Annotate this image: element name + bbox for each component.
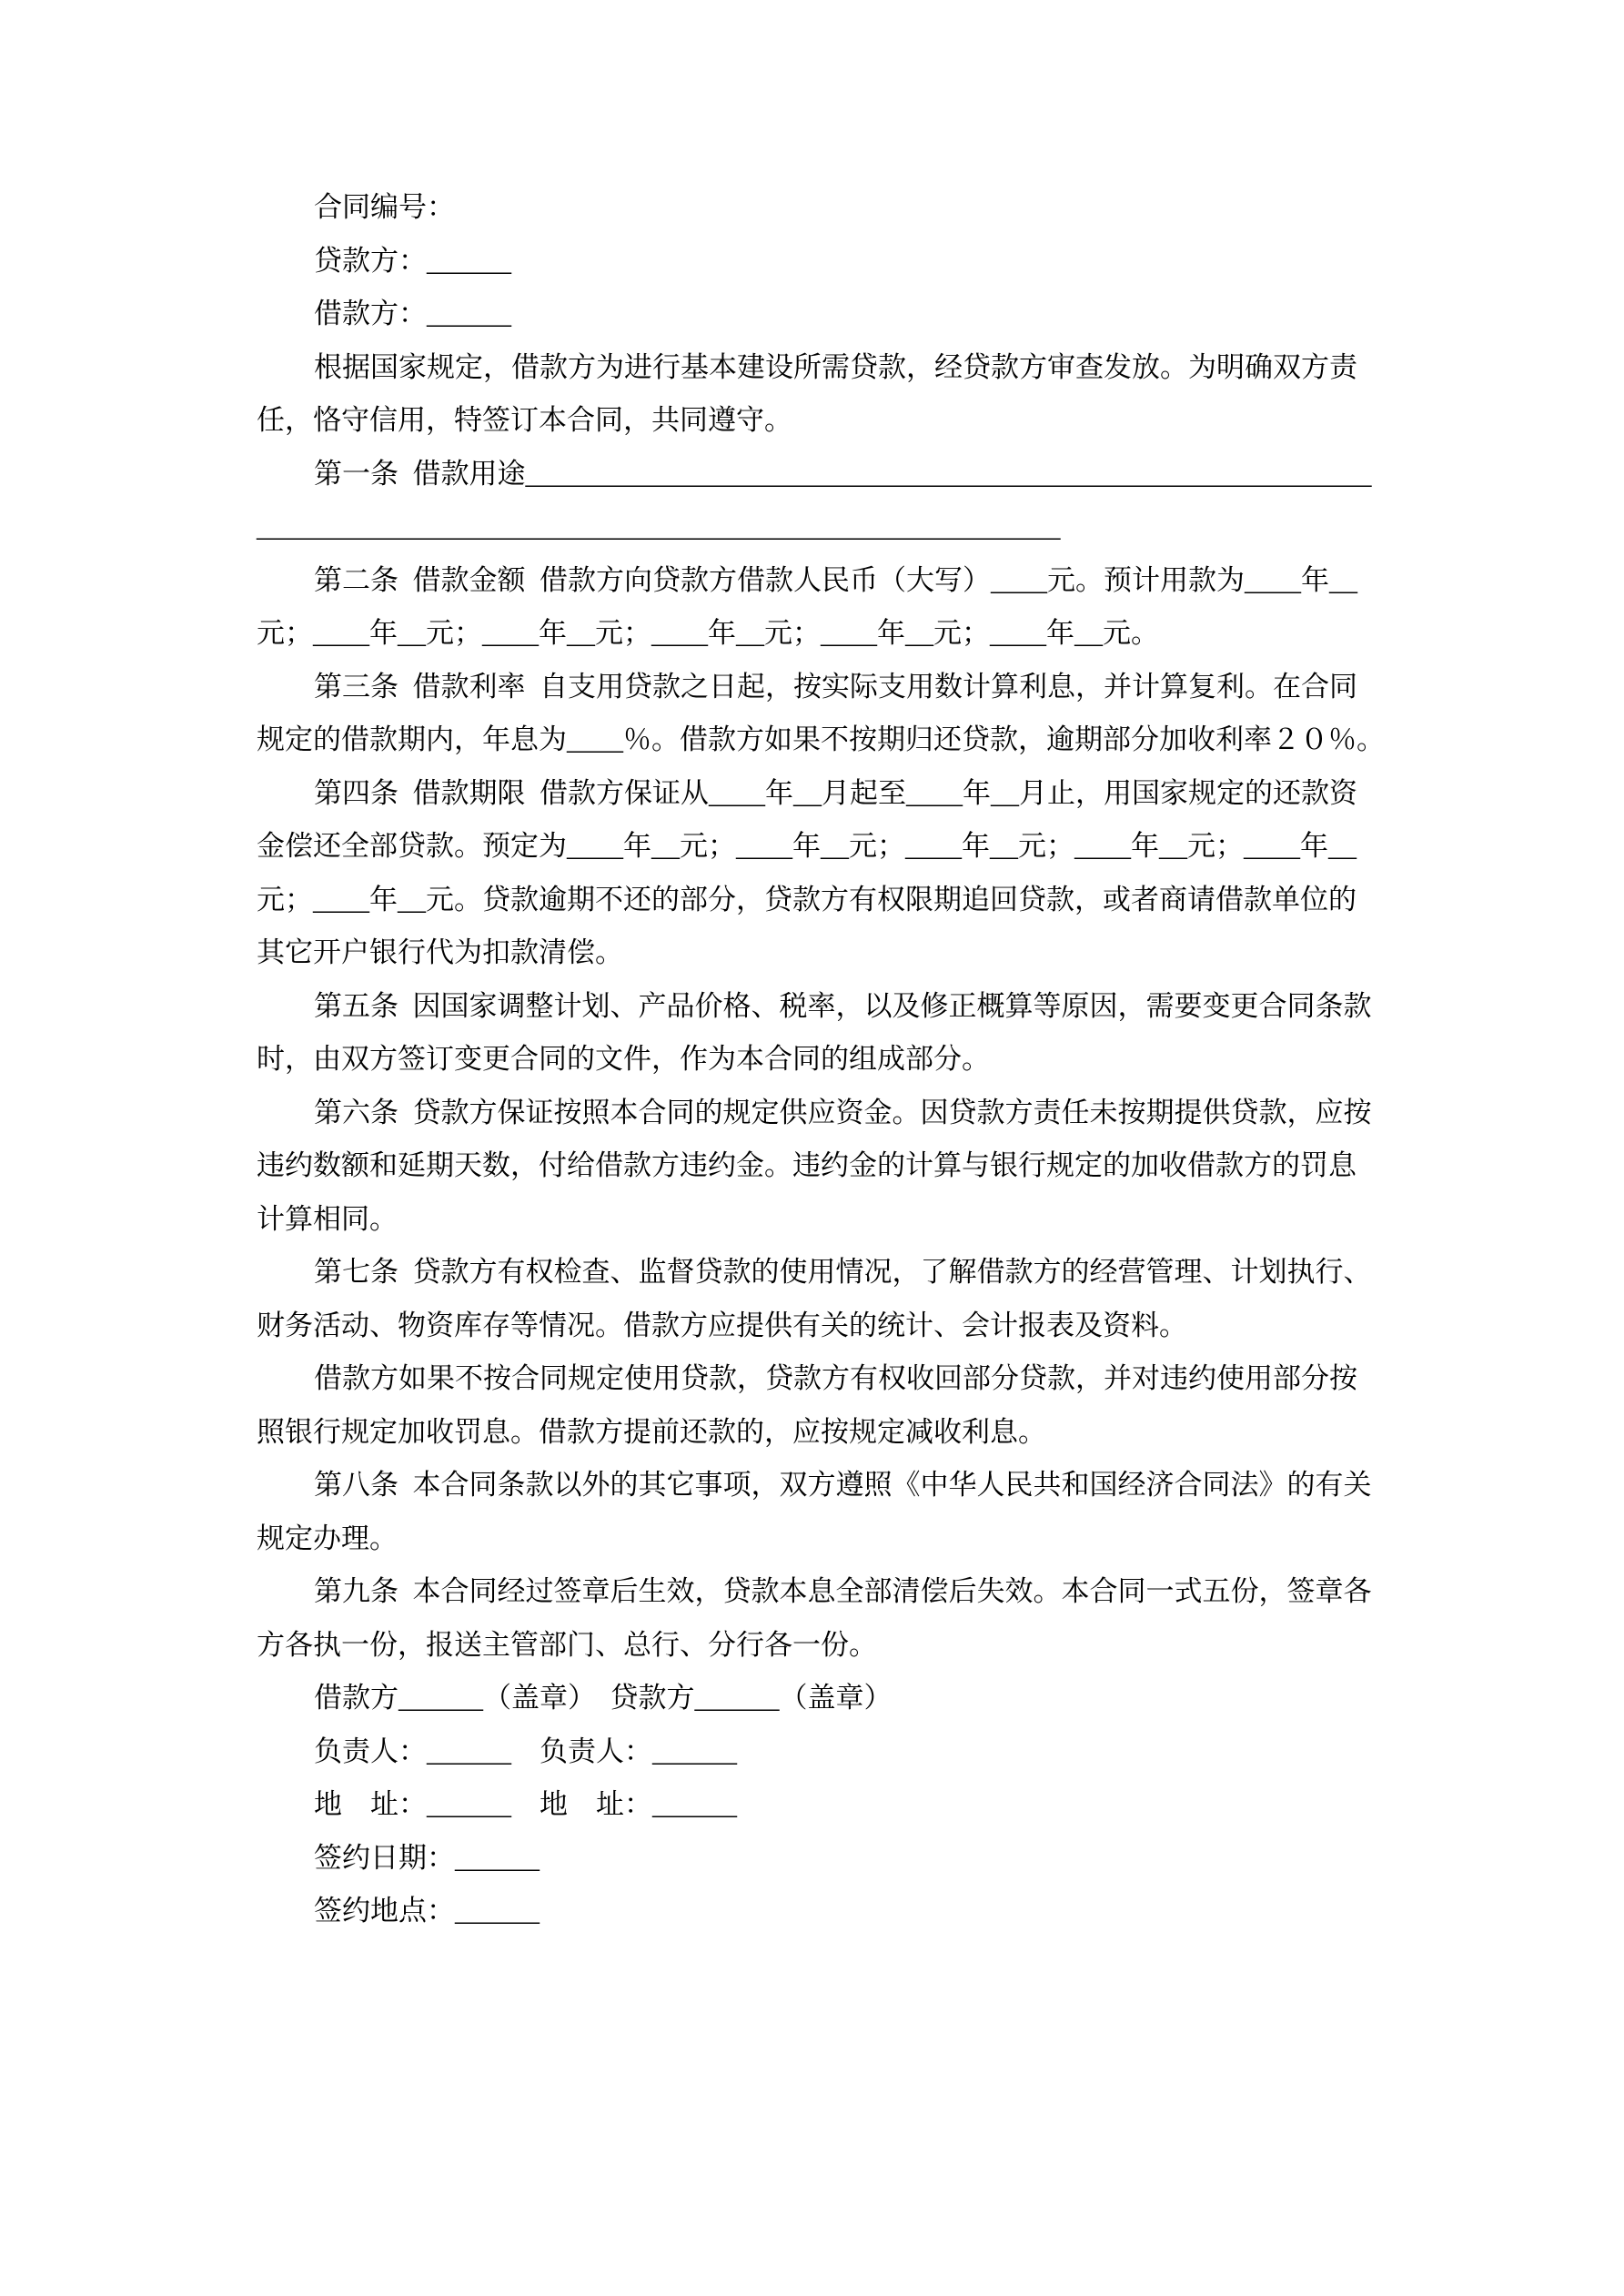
clause-1-purpose-line-2: ________________________________________…: [257, 501, 1403, 554]
addresses-line: 地 址：______ 地 址：______: [257, 1778, 1403, 1832]
borrower-line: 借款方：______: [257, 288, 1403, 341]
clause-8-other-matters-line-1: 第八条 本合同条款以外的其它事项，双方遵照《中华人民共和国经济合同法》的有关: [257, 1459, 1403, 1512]
preamble-line-2: 任，恪守信用，特签订本合同，共同遵守。: [257, 394, 1403, 448]
contract-number-line: 合同编号：: [257, 181, 1403, 235]
clause-4-term-line-2: 金偿还全部贷款。预定为____年__元；____年__元；____年__元；__…: [257, 820, 1403, 874]
clause-2-amount-line-1: 第二条 借款金额 借款方向贷款方借款人民币（大写）____元。预计用款为____…: [257, 554, 1403, 608]
clause-6-guarantee-line-1: 第六条 贷款方保证按照本合同的规定供应资金。因贷款方责任未按期提供贷款，应按: [257, 1087, 1403, 1140]
clause-7-supervision-line-2: 财务活动、物资库存等情况。借款方应提供有关的统计、会计报表及资料。: [257, 1300, 1403, 1353]
clause-5-adjustment-line-1: 第五条 因国家调整计划、产品价格、税率，以及修正概算等原因，需要变更合同条款: [257, 980, 1403, 1034]
clause-8-other-matters-line-2: 规定办理。: [257, 1512, 1403, 1566]
clause-7-supervision-line-4: 照银行规定加收罚息。借款方提前还款的，应按规定减收利息。: [257, 1406, 1403, 1460]
contract-text-block: 合同编号： 贷款方：______ 借款方：______ 根据国家规定，借款方为进…: [257, 181, 1403, 1938]
clause-7-supervision-line-3: 借款方如果不按合同规定使用贷款，贷款方有权收回部分贷款，并对违约使用部分按: [257, 1352, 1403, 1406]
clause-6-guarantee-line-3: 计算相同。: [257, 1193, 1403, 1247]
clause-9-effectiveness-line-2: 方各执一份，报送主管部门、总行、分行各一份。: [257, 1619, 1403, 1673]
clause-3-interest-line-1: 第三条 借款利率 自支用贷款之日起，按实际支用数计算利息，并计算复利。在合同: [257, 661, 1403, 714]
clause-3-interest-line-2: 规定的借款期内，年息为____％。借款方如果不按期归还贷款，逾期部分加收利率２０…: [257, 713, 1403, 767]
clause-2-amount-line-2: 元；____年__元；____年__元；____年__元；____年__元；__…: [257, 607, 1403, 661]
signature-parties-line: 借款方______（盖章） 贷款方______（盖章）: [257, 1672, 1403, 1725]
clause-4-term-line-4: 其它开户银行代为扣款清偿。: [257, 926, 1403, 980]
clause-1-purpose-line-1: 第一条 借款用途________________________________…: [257, 448, 1403, 501]
preamble-line-1: 根据国家规定，借款方为进行基本建设所需贷款，经贷款方审查发放。为明确双方责: [257, 341, 1403, 395]
responsible-persons-line: 负责人：______ 负责人：______: [257, 1725, 1403, 1779]
lender-line: 贷款方：______: [257, 235, 1403, 288]
clause-5-adjustment-line-2: 时，由双方签订变更合同的文件，作为本合同的组成部分。: [257, 1033, 1403, 1087]
signing-date-line: 签约日期：______: [257, 1832, 1403, 1886]
clause-4-term-line-3: 元；____年__元。贷款逾期不还的部分，贷款方有权限期追回贷款，或者商请借款单…: [257, 874, 1403, 927]
signing-place-line: 签约地点：______: [257, 1885, 1403, 1938]
clause-6-guarantee-line-2: 违约数额和延期天数，付给借款方违约金。违约金的计算与银行规定的加收借款方的罚息: [257, 1139, 1403, 1193]
contract-document-page: 合同编号： 贷款方：______ 借款方：______ 根据国家规定，借款方为进…: [0, 0, 1624, 2296]
clause-9-effectiveness-line-1: 第九条 本合同经过签章后生效，贷款本息全部清偿后失效。本合同一式五份，签章各: [257, 1565, 1403, 1619]
clause-7-supervision-line-1: 第七条 贷款方有权检查、监督贷款的使用情况，了解借款方的经营管理、计划执行、: [257, 1246, 1403, 1300]
clause-4-term-line-1: 第四条 借款期限 借款方保证从____年__月起至____年__月止，用国家规定…: [257, 767, 1403, 821]
